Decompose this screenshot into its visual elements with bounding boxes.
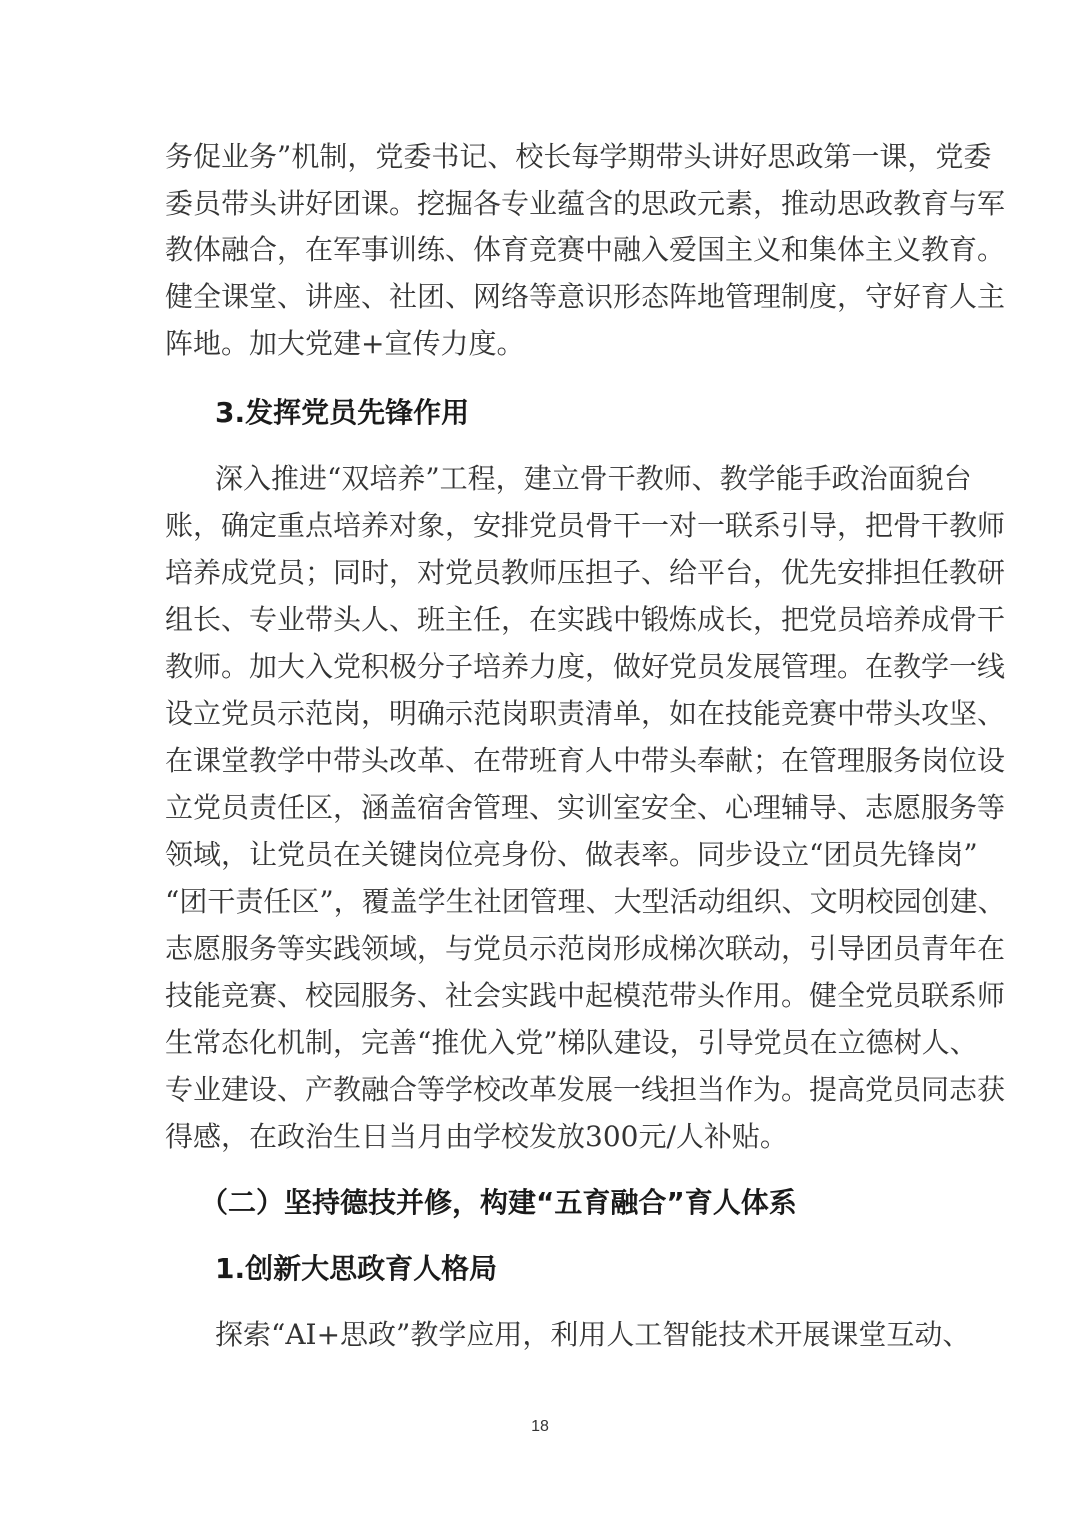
paragraph-2-line-5: 教师。加大入党积极分子培养力度，做好党员发展管理。在教学一线: [165, 647, 915, 687]
subsection-heading-3: 3.发挥党员先锋作用: [215, 393, 469, 433]
paragraph-2-line-3: 培养成党员；同时，对党员教师压担子、给平台，优先安排担任教研: [165, 553, 915, 593]
subsection-heading-1: 1.创新大思政育人格局: [215, 1249, 497, 1289]
paragraph-2-line-4: 组长、专业带头人、班主任，在实践中锻炼成长，把党员培养成骨干: [165, 600, 915, 640]
paragraph-1-line-1: 务促业务”机制，党委书记、校长每学期带头讲好思政第一课，党委: [165, 137, 915, 177]
paragraph-2-line-1: 深入推进“双培养”工程，建立骨干教师、教学能手政治面貌台: [215, 459, 915, 499]
paragraph-2-line-2: 账，确定重点培养对象，安排党员骨干一对一联系引导，把骨干教师: [165, 506, 915, 546]
paragraph-1-line-4: 健全课堂、讲座、社团、网络等意识形态阵地管理制度，守好育人主: [165, 277, 915, 317]
paragraph-1-line-5: 阵地。加大党建+宣传力度。: [165, 324, 915, 364]
paragraph-2-line-15: 得感，在政治生日当月由学校发放300元/人补贴。: [165, 1117, 915, 1157]
paragraph-1-line-3: 教体融合，在军事训练、体育竞赛中融入爱国主义和集体主义教育。: [165, 230, 915, 270]
paragraph-2-line-7: 在课堂教学中带头改革、在带班育人中带头奉献；在管理服务岗位设: [165, 741, 915, 781]
paragraph-2-line-14: 专业建设、产教融合等学校改革发展一线担当作为。提高党员同志获: [165, 1070, 915, 1110]
paragraph-2-line-10: “团干责任区”，覆盖学生社团管理、大型活动组织、文明校园创建、: [165, 882, 915, 922]
paragraph-2-line-8: 立党员责任区，涵盖宿舍管理、实训室安全、心理辅导、志愿服务等: [165, 788, 915, 828]
paragraph-2-line-13: 生常态化机制，完善“推优入党”梯队建设，引导党员在立德树人、: [165, 1023, 915, 1063]
paragraph-2-line-6: 设立党员示范岗，明确示范岗职责清单，如在技能竞赛中带头攻坚、: [165, 694, 915, 734]
document-page: 务促业务”机制，党委书记、校长每学期带头讲好思政第一课，党委 委员带头讲好团课。…: [0, 0, 1080, 1527]
paragraph-2-line-12: 技能竞赛、校园服务、社会实践中起模范带头作用。健全党员联系师: [165, 976, 915, 1016]
paragraph-2-line-9: 领域，让党员在关键岗位亮身份、做表率。同步设立“团员先锋岗”: [165, 835, 915, 875]
paragraph-2-line-11: 志愿服务等实践领域，与党员示范岗形成梯次联动，引导团员青年在: [165, 929, 915, 969]
paragraph-3-line-1: 探索“AI+思政”教学应用，利用人工智能技术开展课堂互动、: [215, 1315, 915, 1355]
paragraph-1-line-2: 委员带头讲好团课。挖掘各专业蕴含的思政元素，推动思政教育与军: [165, 184, 915, 224]
section-heading-2: （二）坚持德技并修，构建“五育融合”育人体系: [200, 1183, 797, 1223]
page-number: 18: [0, 1416, 1080, 1438]
